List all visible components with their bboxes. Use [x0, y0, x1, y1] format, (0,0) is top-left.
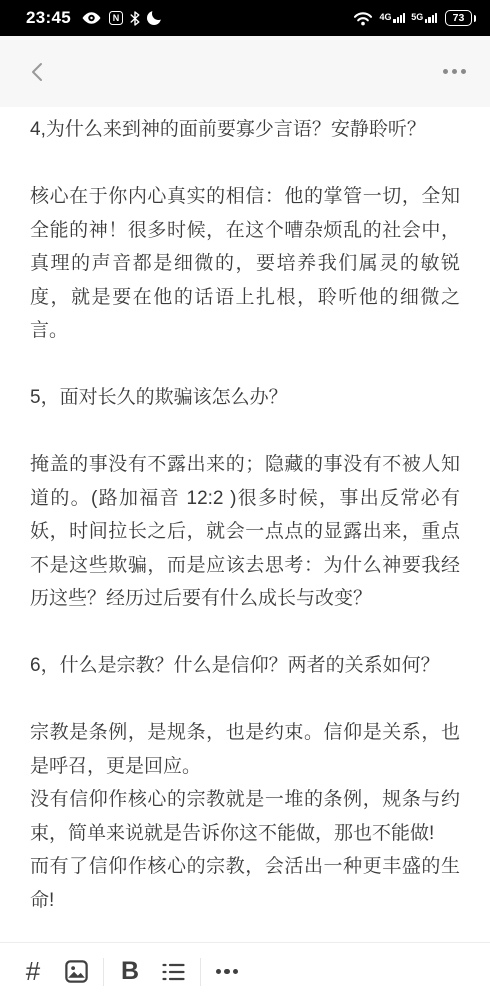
nfc-icon: N [109, 11, 123, 25]
bluetooth-icon [130, 11, 140, 26]
wifi-icon [353, 11, 373, 26]
status-bar: 23:45 N 4G 5G [0, 0, 490, 36]
network-4g-label: 4G [379, 13, 391, 22]
back-button[interactable] [22, 56, 54, 88]
question-4: 4,为什么来到神的面前要寡少言语？安静聆听？ [30, 113, 460, 147]
battery-level: 73 [445, 10, 472, 26]
signal-4g-icon: 4G [379, 13, 405, 24]
answer-4: 核心在于你内心真实的相信：他的掌管一切，全知全能的神！很多时候，在这个嘈杂烦乱的… [30, 180, 460, 348]
nav-bar [0, 36, 490, 107]
answer-6: 宗教是条例，是规条，也是约束。信仰是关系，也是呼召，更是回应。 没有信仰作核心的… [30, 716, 460, 917]
bold-button[interactable]: B [114, 955, 146, 989]
toolbar-more-button[interactable] [211, 955, 243, 989]
battery-icon: 73 [445, 10, 476, 26]
network-5g-label: 5G [411, 13, 423, 22]
ellipsis-icon [443, 69, 467, 75]
note-editor-area[interactable]: 4,为什么来到神的面前要寡少言语？安静聆听？ 核心在于你内心真实的相信：他的掌管… [0, 107, 490, 917]
bullet-list-icon [161, 961, 186, 983]
chevron-left-icon [27, 60, 49, 84]
signal-5g-icon: 5G [411, 13, 437, 24]
ellipsis-icon [216, 969, 239, 975]
more-menu-button[interactable] [441, 63, 469, 81]
question-6: 6，什么是宗教？什么是信仰？两者的关系如何？ [30, 649, 460, 683]
toolbar-divider [103, 958, 104, 986]
image-icon [63, 958, 90, 985]
eye-icon [81, 11, 102, 25]
answer-5: 掩盖的事没有不露出来的；隐藏的事没有不被人知道的。(路加福音 12:2 )很多时… [30, 448, 460, 616]
toolbar-divider [200, 958, 201, 986]
moon-icon [147, 11, 161, 25]
clock: 23:45 [26, 8, 71, 28]
tag-button[interactable]: # [17, 955, 49, 989]
insert-image-button[interactable] [60, 955, 92, 989]
question-5: 5，面对长久的欺骗该怎么办？ [30, 381, 460, 415]
format-toolbar: # B [0, 942, 490, 1000]
list-button[interactable] [157, 955, 189, 989]
